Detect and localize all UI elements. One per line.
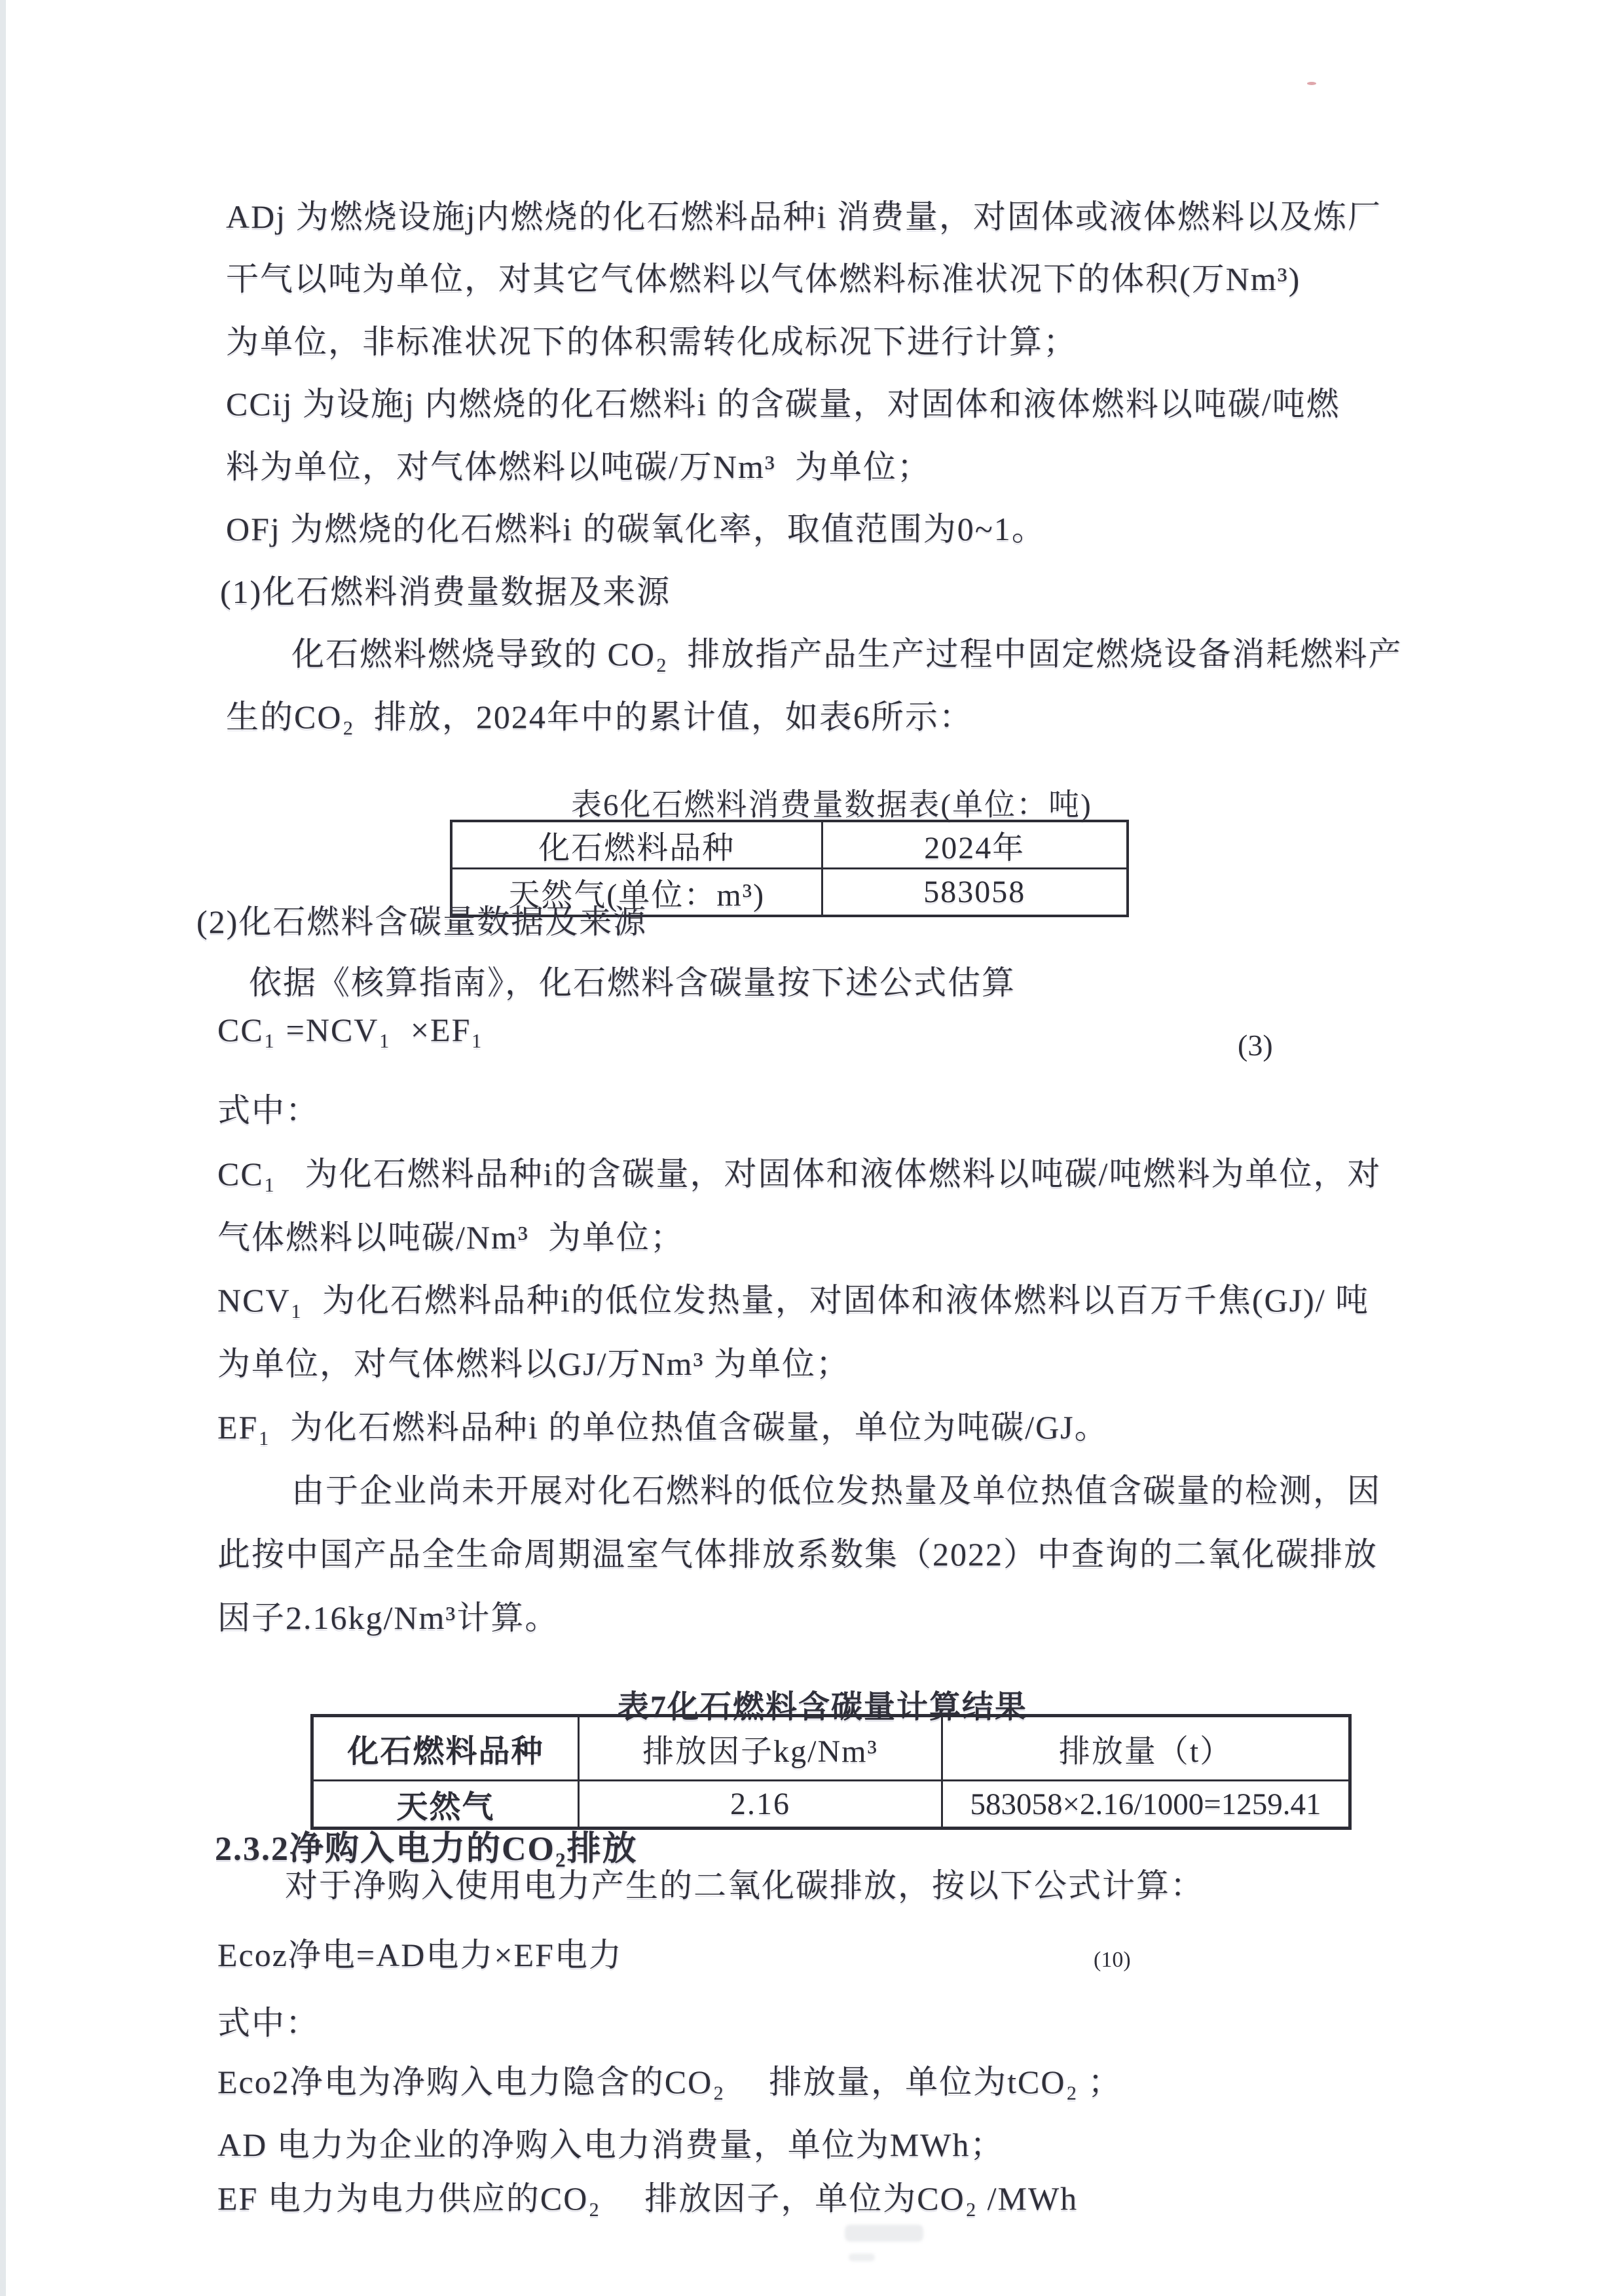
paragraph-line-ofj: OFj 为燃烧的化石燃料i 的碳氧化率，取值范围为0~1。 bbox=[226, 511, 1046, 547]
section-item-1: (1)化石燃料消费量数据及来源 bbox=[220, 574, 671, 610]
scan-smudge bbox=[849, 2253, 875, 2261]
table7-data-row: 天然气 2.16 583058×2.16/1000=1259.41 bbox=[312, 1781, 1350, 1829]
paragraph-line-co2-1: 化石燃料燃烧导致的 CO₂ 排放指产品生产过程中固定燃烧设备消耗燃料产 bbox=[291, 636, 1402, 672]
formula-cc: CC₁ =NCV₁ ×EF₁ bbox=[217, 1011, 484, 1048]
formula-number-10: (10) bbox=[1094, 1948, 1131, 1973]
paragraph-line-cc1-1: CC₁ 为化石燃料品种i的含碳量，对固体和液体燃料以吨碳/吨燃料为单位，对 bbox=[217, 1156, 1381, 1192]
paragraph-line-ef-def: EF 电力为电力供应的CO₂ 排放因子，单位为CO₂ /MWh bbox=[217, 2180, 1078, 2217]
paragraph-line-ncv-1: NCV₁ 为化石燃料品种i的低位发热量，对固体和液体燃料以百万千焦(GJ)/ 吨 bbox=[217, 1282, 1369, 1319]
table7-cell-fuel: 天然气 bbox=[312, 1781, 579, 1829]
table7-header-row: 化石燃料品种 排放因子kg/Nm³ 排放量（t） bbox=[312, 1716, 1350, 1781]
paragraph-line-note-2: 此按中国产品全生命周期温室气体排放系数集（2022）中查询的二氧化碳排放 bbox=[217, 1536, 1378, 1573]
paragraph-line-ccij-1: CCij 为设施j 内燃烧的化石燃料i 的含碳量，对固体和液体燃料以吨碳/吨燃 bbox=[226, 386, 1340, 422]
paragraph-line-netpower: 对于净购入使用电力产生的二氧化碳排放，按以下公式计算： bbox=[285, 1867, 1204, 1904]
table7-header-fuel-type: 化石燃料品种 bbox=[312, 1716, 579, 1781]
formula-where-label-2: 式中： bbox=[217, 2005, 320, 2041]
formula-where-label-1: 式中： bbox=[217, 1092, 320, 1129]
table6-header-fuel-type: 化石燃料品种 bbox=[451, 821, 822, 869]
formula-number-3: (3) bbox=[1238, 1028, 1273, 1063]
table7: 化石燃料品种 排放因子kg/Nm³ 排放量（t） 天然气 2.16 583058… bbox=[310, 1714, 1352, 1830]
paragraph-line-cc1-2: 气体燃料以吨碳/Nm³ 为单位； bbox=[217, 1219, 684, 1256]
paragraph-line-ef1: EF₁ 为化石燃料品种i 的单位热值含碳量，单位为吨碳/GJ。 bbox=[217, 1409, 1109, 1446]
paragraph-line-adj-2: 干气以吨为单位，对其它气体燃料以气体燃料标准状况下的体积(万Nm³) bbox=[226, 261, 1301, 297]
paragraph-line-note-3: 因子2.16kg/Nm³计算。 bbox=[217, 1599, 559, 1636]
section-item-2: (2)化石燃料含碳量数据及来源 bbox=[196, 903, 647, 940]
table6-title: 表6化石燃料消费量数据表(单位：吨) bbox=[571, 780, 1092, 824]
table6-header-row: 化石燃料品种 2024年 bbox=[451, 821, 1128, 869]
document-page: ADj 为燃烧设施j内燃烧的化石燃料品种i 消费量，对固体或液体燃料以及炼厂 干… bbox=[0, 0, 1624, 2296]
table7-header-emission-amount: 排放量（t） bbox=[942, 1716, 1350, 1781]
table7-cell-factor: 2.16 bbox=[579, 1781, 942, 1829]
scan-edge-artifact bbox=[0, 0, 6, 2296]
paragraph-line-note-1: 由于企业尚未开展对化石燃料的低位发热量及单位热值含碳量的检测，因 bbox=[291, 1472, 1381, 1509]
paragraph-line-ad-def: AD 电力为企业的净购入电力消费量，单位为MWh； bbox=[217, 2126, 1004, 2163]
table7-cell-amount: 583058×2.16/1000=1259.41 bbox=[942, 1781, 1350, 1829]
table6-cell-value: 583058 bbox=[822, 869, 1128, 917]
table7-header-emission-factor: 排放因子kg/Nm³ bbox=[579, 1716, 942, 1781]
formula-eco2: Ecoz净电=AD电力×EF电力 bbox=[217, 1937, 623, 1973]
paragraph-line-ccij-2: 料为单位，对气体燃料以吨碳/万Nm³ 为单位； bbox=[226, 448, 931, 485]
paragraph-line-eco2-def: Eco2净电为净购入电力隐含的CO₂ 排放量，单位为tCO₂ ； bbox=[217, 2064, 1122, 2100]
paragraph-line-ncv-2: 为单位，对气体燃料以GJ/万Nm³ 为单位； bbox=[217, 1345, 850, 1382]
paragraph-line-adj-1: ADj 为燃烧设施j内燃烧的化石燃料品种i 消费量，对固体或液体燃料以及炼厂 bbox=[226, 198, 1382, 235]
table6: 化石燃料品种 2024年 天然气(单位：m³) 583058 bbox=[450, 820, 1129, 917]
scan-smudge bbox=[845, 2225, 923, 2242]
table6-header-year: 2024年 bbox=[822, 821, 1128, 869]
paragraph-line-adj-3: 为单位，非标准状况下的体积需转化成标况下进行计算； bbox=[226, 323, 1077, 360]
paragraph-line-yiju: 依据《核算指南》，化石燃料含碳量按下述公式估算 bbox=[249, 964, 1016, 1001]
paragraph-line-co2-2: 生的CO₂ 排放，2024年中的累计值，如表6所示： bbox=[226, 699, 973, 735]
section-heading-2-3-2: 2.3.2净购入电力的CO₂排放 bbox=[215, 1831, 638, 1868]
scan-speck bbox=[1307, 82, 1316, 85]
